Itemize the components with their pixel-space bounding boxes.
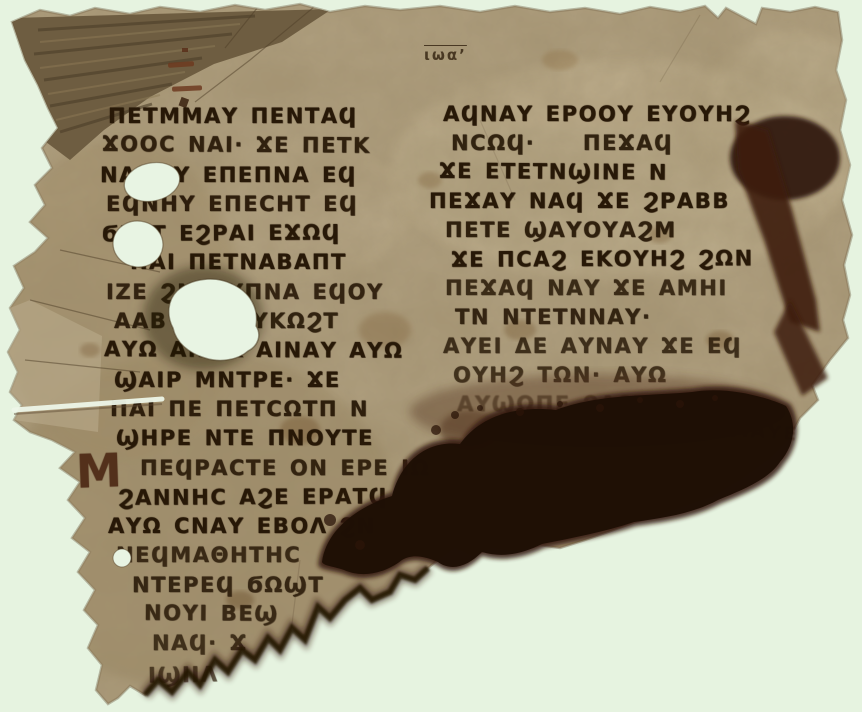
text-line: ΠΑΙ ΠΕΤΝΑΒΑΠΤ (130, 248, 430, 277)
text-line: ϪΟΟC ΝΑΙ· ϪΕ ΠΕΤΚ (102, 130, 430, 162)
text-line: ΑΑΒ ΜΝ ΟΥΚΩϨΤ (114, 307, 430, 336)
text-line: ΑΥϢΩΠΕ ϨΑϨΤΗϤ (457, 390, 754, 419)
text-line: ΑΥΩ CΝΑΥ ΕΒΟΛ ϨΝ (108, 512, 430, 541)
text-line: ΑΥΕΙ ΔΕ ΑΥΝΑΥ ϪΕ ΕϤ (443, 332, 754, 361)
text-line: ΙΖΕ ϨΝ ΟΥΠΝΑ ΕϤΟΥ (106, 278, 430, 307)
faint-text-fragment: ΙΜΜΑΥΕ (699, 417, 799, 446)
text-line: ΠΕϪΑΥ ΝΑϤ ϪΕ ϨΡΑΒΒ (429, 187, 754, 216)
text-line: ΑϤΝΑΥ ΕΡΟΟΥ ΕΥΟΥΗϨ (443, 100, 754, 129)
text-line: ϪΕ ΕΤΕΤΝϢΙΝΕ Ν (439, 157, 754, 188)
text-line: ΝΤΕΡΕϤ ϬΩϢΤ (132, 571, 430, 600)
manuscript-scan: ιωα’ Μ ΠΕΤΜΜΑΥ ΠΕΝΤΑϤ ϪΟΟC ΝΑΙ· ϪΕ ΠΕΤΚ … (0, 0, 862, 712)
text-line: ΕϤΝΗΥ ΕΠΕCΗΤ ΕϤ (106, 190, 430, 219)
text-line: ΝCΩϤ· ΠΕϪΑϤ (451, 129, 754, 158)
text-line: ϨΑΝΝΗC ΑϨΕ ΕΡΑΤϤ (118, 482, 430, 513)
text-line: ϪΕ ΠCΑϨ ΕΚΟΥΗϨ ϨΩΝ (451, 244, 754, 275)
text-line: ΝΕϤΜΑΘΗΤΗC (116, 541, 430, 570)
text-line: ΙϢΙΙΛ (148, 656, 430, 690)
text-line: ΝΑϤ· Ϫ (152, 629, 430, 658)
text-line: ΠΕϤΡΑCΤΕ ΟΝ ΕΡΕ ΙΩ (140, 454, 430, 483)
text-line: ϢΗΡΕ ΝΤΕ ΠΝΟΥΤΕ (116, 424, 430, 453)
text-line: ΤΝ ΝΤΕΤΝΝΑΥ· (455, 303, 754, 332)
text-line: ΠΕΤΕ ϢΑΥΟΥΑϨΜ (445, 216, 754, 245)
right-text-column: ΑϤΝΑΥ ΕΡΟΟΥ ΕΥΟΥΗϨ ΝCΩϤ· ΠΕϪΑϤ ϪΕ ΕΤΕΤΝϢ… (443, 100, 754, 419)
text-line: ΠΑΙ ΠΕ ΠΕΤCΩΤΠ Ν (110, 395, 430, 424)
left-text-column: ΠΕΤΜΜΑΥ ΠΕΝΤΑϤ ϪΟΟC ΝΑΙ· ϪΕ ΠΕΤΚ ΝΑΝΑΥ Ε… (100, 102, 430, 688)
text-line: ΝΟΥΙ ΒΕϢ (144, 599, 430, 631)
text-line: ΠΕΤΜΜΑΥ ΠΕΝΤΑϤ (108, 102, 430, 131)
text-line: ΑΥΩ ΑΝΟΚ ΑΙΝΑΥ ΑΥΩ (104, 336, 430, 367)
text-layer: ιωα’ Μ ΠΕΤΜΜΑΥ ΠΕΝΤΑϤ ϪΟΟC ΝΑΙ· ϪΕ ΠΕΤΚ … (0, 0, 862, 712)
page-header-pagination: ιωα’ (424, 46, 467, 64)
text-line: ΠΕϪΑϤ ΝΑΥ ϪΕ ΑΜΗΙ (445, 274, 754, 303)
text-line: ΝΑΝΑΥ ΕΠΕΠΝΑ ΕϤ (100, 161, 430, 190)
text-line: ϬΕΕΤ ΕϨΡΑΙ ΕϪΩϤ (102, 218, 430, 250)
text-line: ϢΑΙΡ ΜΝΤΡΕ· ϪΕ (114, 366, 430, 395)
text-line: ΟΥΗϨ ΤΩΝ· ΑΥΩ (453, 361, 754, 390)
